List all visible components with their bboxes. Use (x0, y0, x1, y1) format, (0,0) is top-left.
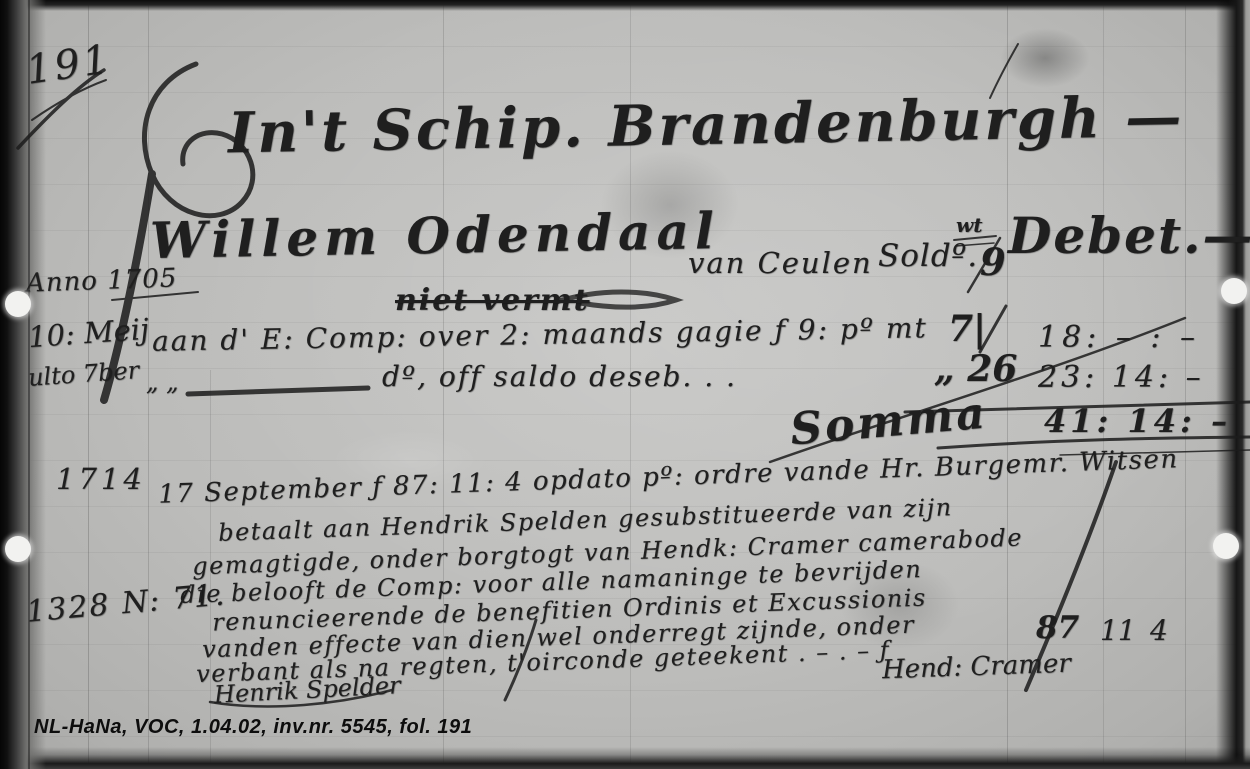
archive-caption: NL-HaNa, VOC, 1.04.02, inv.nr. 5545, fol… (34, 716, 472, 739)
paid-amount-stuivers: 11 (1100, 614, 1136, 647)
entry-text: dº, off saldo deseb. . . (382, 360, 737, 393)
monthly-wage-value: 9 (980, 240, 1006, 284)
entry-amount: 18: – : – (1038, 320, 1200, 355)
entry-column-value: 7| (948, 308, 986, 350)
punch-hole (5, 291, 31, 317)
account-holder-origin: van Ceulen (688, 246, 873, 280)
ledger-page-scan: 191 In't Schip. Brandenburgh — Willem Od… (0, 0, 1250, 769)
scan-edge-right (1216, 0, 1250, 769)
scan-edge-top (0, 0, 1250, 11)
year-label: 1714 (56, 462, 146, 496)
entry-amount: 23: 14: – (1038, 360, 1205, 395)
account-holder-rank: Soldº. (878, 238, 978, 274)
entry-column-value: „ 26 (934, 348, 1017, 390)
scan-edge-bottom (0, 747, 1250, 769)
ditto-marks: „ „ (146, 368, 179, 396)
punch-hole (1221, 278, 1247, 304)
struck-out-note: niet vermt (395, 283, 590, 318)
paid-amount-guilders: 87 (1036, 610, 1079, 646)
punch-hole (1213, 533, 1239, 559)
paid-amount-penningen: 4 (1150, 614, 1168, 647)
anno-label: Anno 1705 (26, 263, 178, 298)
account-holder-name: Willem Odendaal (150, 201, 721, 270)
wage-superscript: wt (956, 213, 982, 237)
somma-amount: 41: 14: – (1044, 402, 1231, 440)
debit-label: Debet.— (1008, 206, 1250, 265)
punch-hole (5, 536, 31, 562)
